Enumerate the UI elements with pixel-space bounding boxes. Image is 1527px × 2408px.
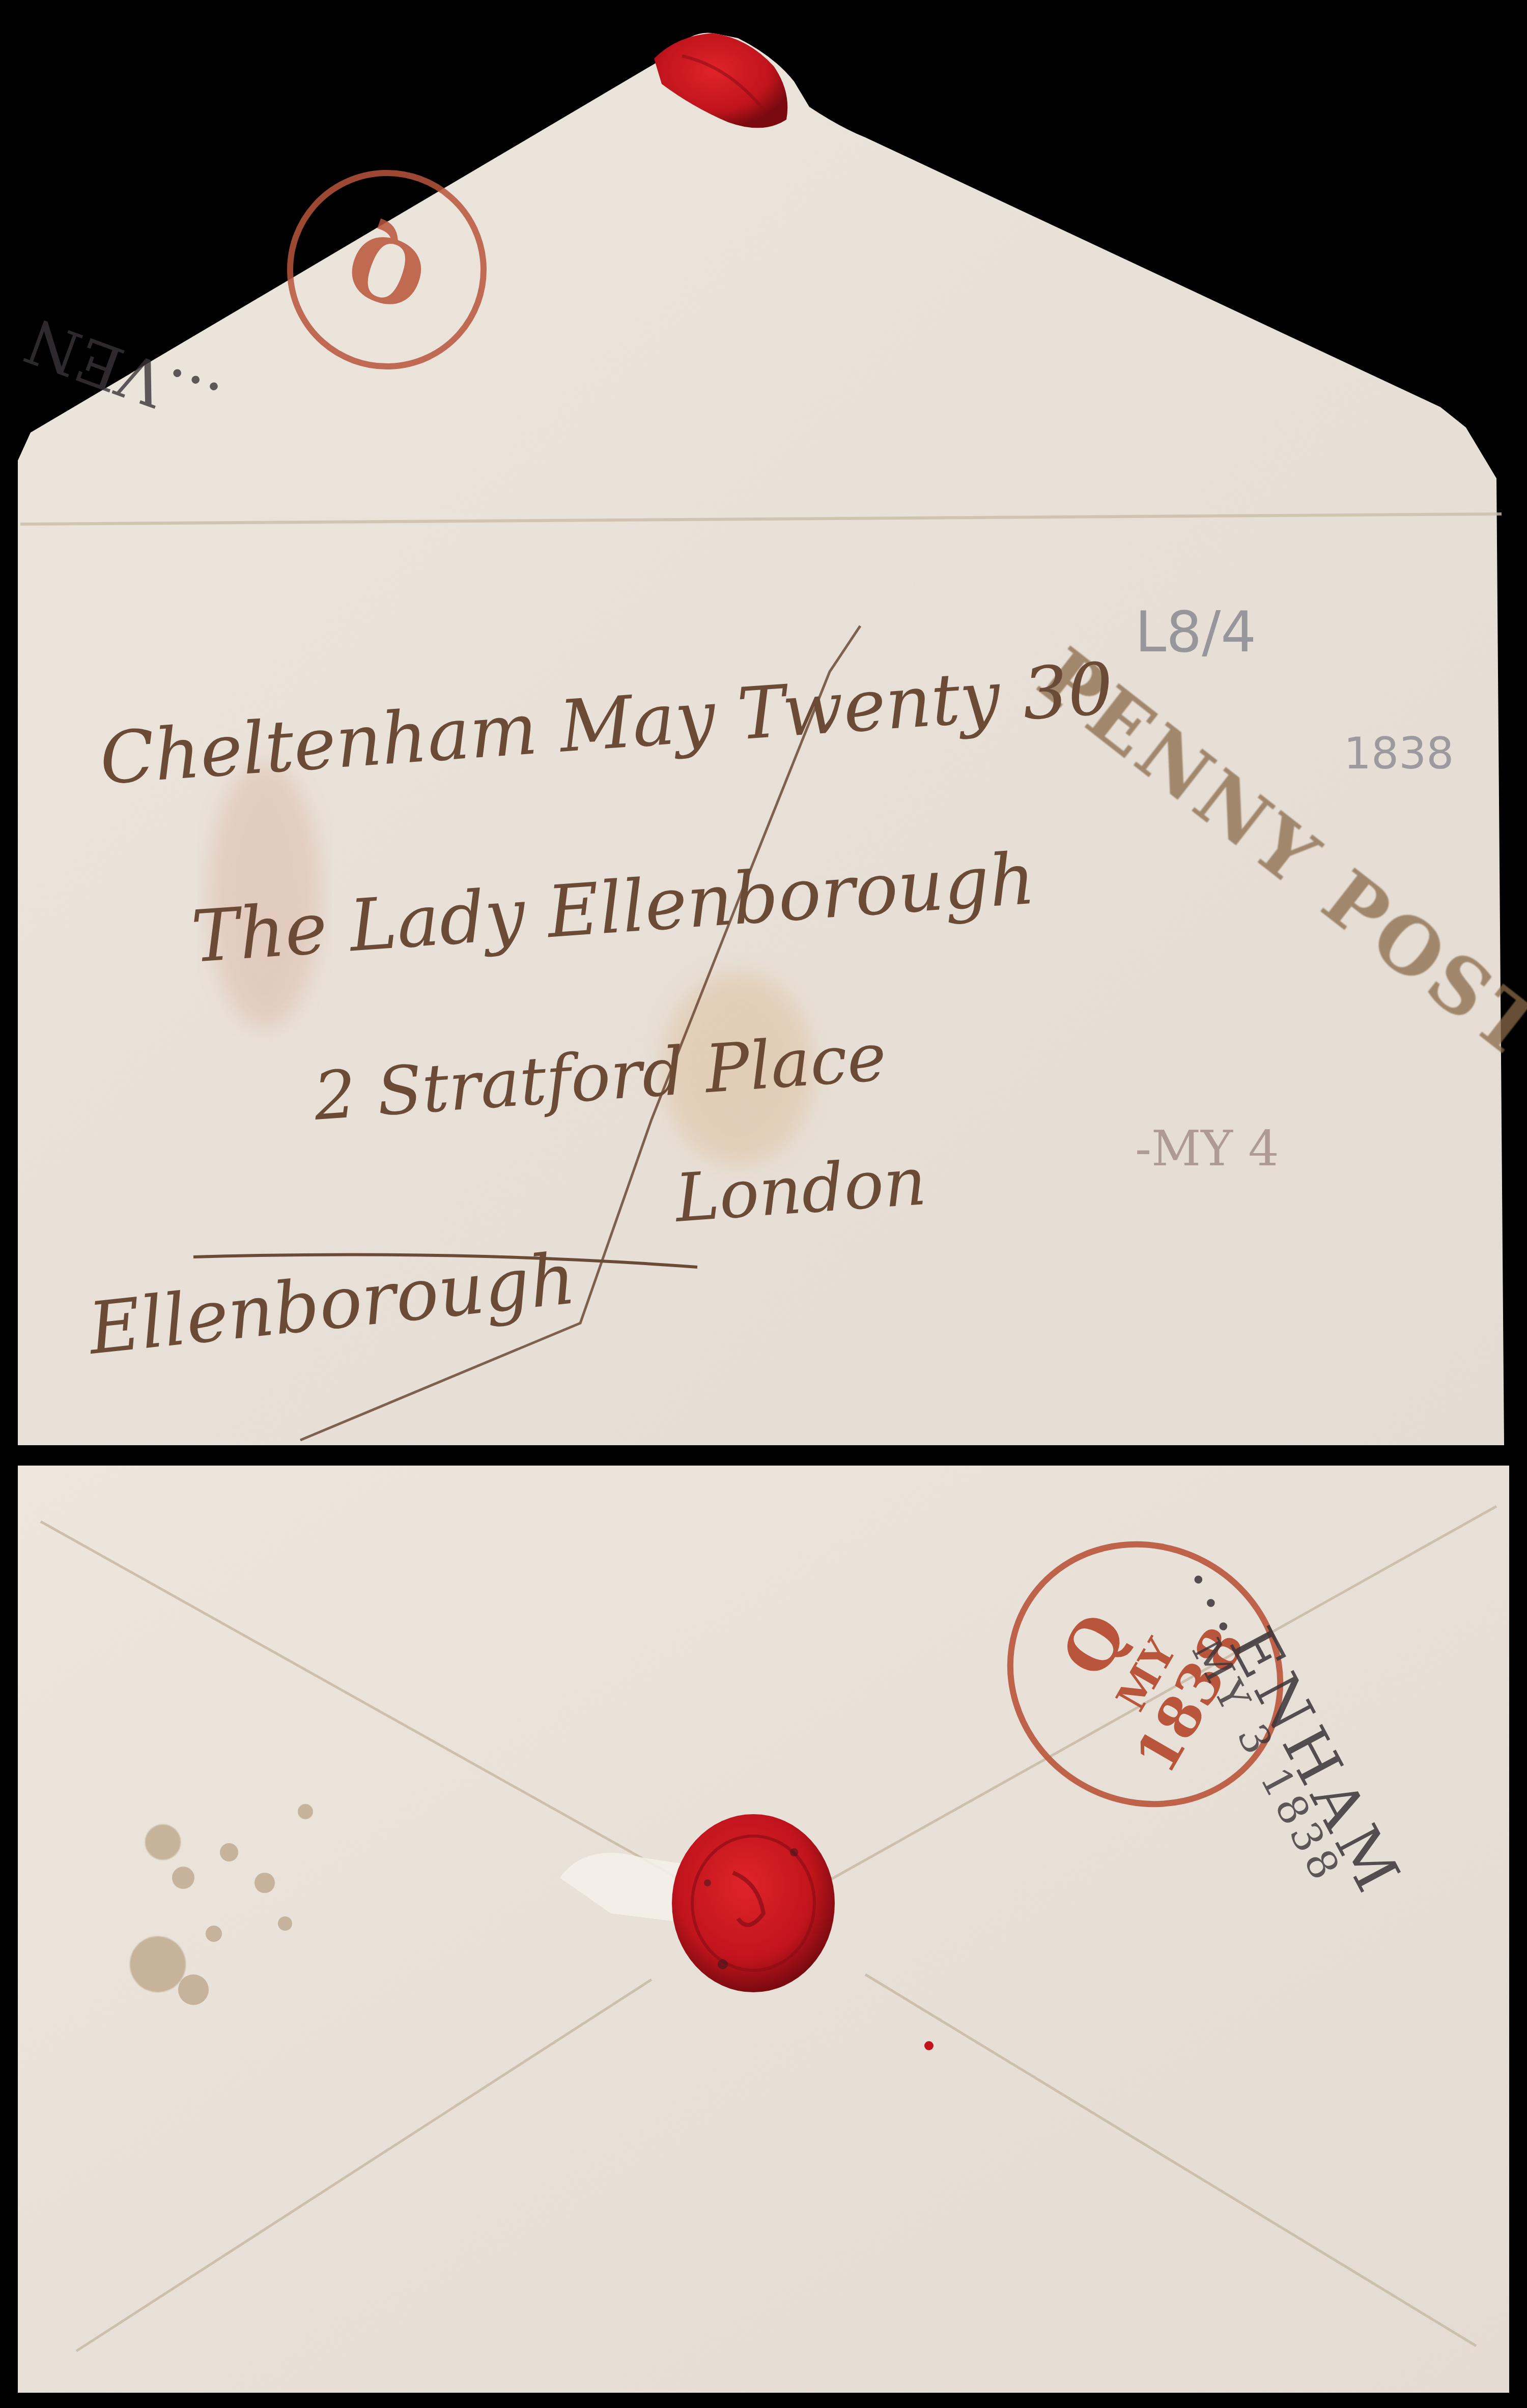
back-wax-seal bbox=[672, 1814, 835, 1992]
envelope-back: Q MY 1838 ...ENHAM MY 3 1838 bbox=[18, 1466, 1509, 2393]
envelope-scan: Q ...VEN PENNY POST L8/4 1838 -MY 4 Chel… bbox=[0, 0, 1527, 2408]
pencil-note-code: L8/4 bbox=[1135, 599, 1256, 665]
pencil-note-year: 1838 bbox=[1344, 729, 1454, 779]
wax-drop bbox=[924, 2041, 934, 2050]
envelope-front: Q ...VEN PENNY POST L8/4 1838 -MY 4 Chel… bbox=[16, 33, 1527, 1445]
faint-date-stamp: -MY 4 bbox=[1135, 1121, 1279, 1177]
